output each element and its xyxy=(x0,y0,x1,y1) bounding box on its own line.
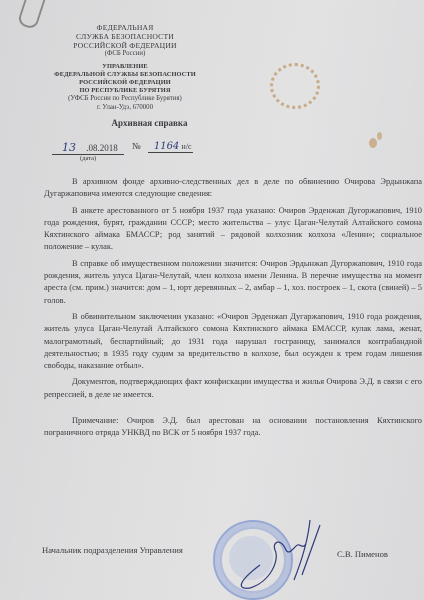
document-title: Архивная справка xyxy=(82,118,217,128)
agency-name-line: РОССИЙСКОЙ ФЕДЕРАЦИИ xyxy=(0,41,250,50)
document-header: ФЕДЕРАЛЬНАЯ СЛУЖБА БЕЗОПАСНОСТИ РОССИЙСК… xyxy=(0,23,250,112)
paragraph: В анкете арестованного от 5 ноября 1937 … xyxy=(44,205,422,254)
date-caption: (дата) xyxy=(80,155,96,162)
stain xyxy=(369,138,377,148)
paragraph: В архивном фонде архивно-следственных де… xyxy=(44,176,422,201)
signature xyxy=(230,520,340,590)
department-short-name: (УФСБ России по Республике Бурятия) xyxy=(0,95,250,103)
stain xyxy=(270,63,320,109)
signatory-name: С.В. Пименов xyxy=(337,549,388,559)
note: Примечание: Очиров Э.Д. был арестован на… xyxy=(44,415,422,440)
paragraph: Документов, подтверждающих факт конфиска… xyxy=(44,376,422,401)
department-name-line: РОССИЙСКОЙ ФЕДЕРАЦИИ xyxy=(0,79,250,87)
paragraph: В обвинительном заключении указано: «Очи… xyxy=(44,311,422,372)
agency-short-name: (ФСБ России) xyxy=(0,50,250,58)
date-day-handwritten: 13 xyxy=(62,141,76,154)
department-name-line: ПО РЕСПУБЛИКЕ БУРЯТИЯ xyxy=(0,87,250,95)
address: г. Улан-Удэ, 670000 xyxy=(0,104,250,112)
date-month-year: .08.2018 xyxy=(86,143,118,153)
number-handwritten: 1164 xyxy=(154,141,179,152)
paragraph: В справке об имущественном положении зна… xyxy=(44,258,422,307)
agency-name-line: ФЕДЕРАЛЬНАЯ xyxy=(0,23,250,32)
agency-name-line: СЛУЖБА БЕЗОПАСНОСТИ xyxy=(0,32,250,41)
document-body: В архивном фонде архивно-следственных де… xyxy=(44,176,422,440)
signatory-position: Начальник подразделения Управления xyxy=(42,545,183,555)
number-suffix: н/с xyxy=(182,142,192,151)
number-field: № 1164 н/с xyxy=(132,141,193,153)
number-label: № xyxy=(132,141,141,151)
date-field: 13 .08.2018 xyxy=(52,141,124,155)
stain xyxy=(377,132,382,140)
